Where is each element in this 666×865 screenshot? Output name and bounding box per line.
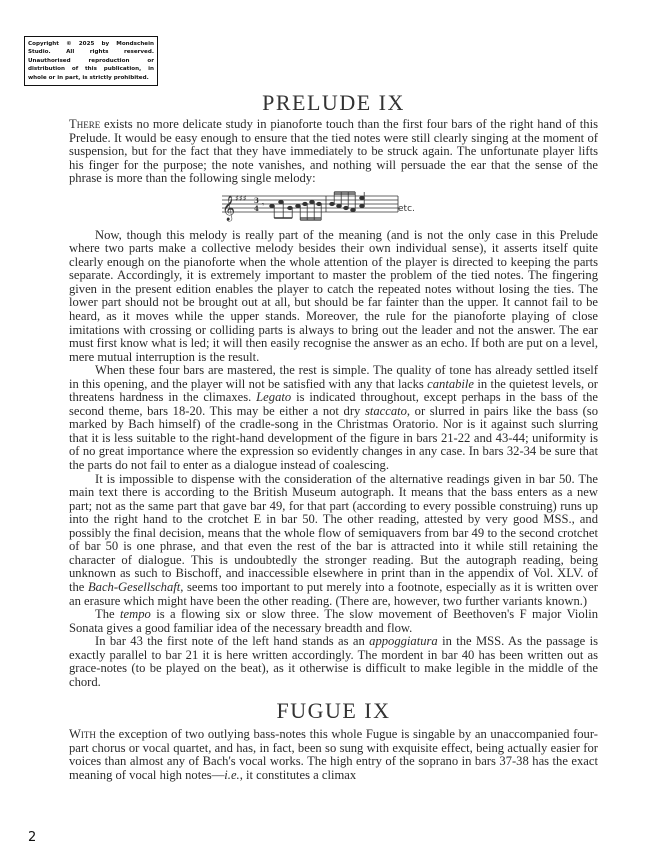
italic-term: Bach-Gesellschaft (88, 580, 180, 594)
drop-lead-word: With (69, 727, 96, 741)
paragraph-text: It is impossible to dispense with the co… (69, 472, 598, 594)
italic-term: staccato (365, 404, 407, 418)
paragraph-text: , it constitutes a climax (240, 768, 356, 782)
paragraph-text: Now, though this melody is really part o… (69, 228, 598, 364)
paragraph-text: The (95, 607, 120, 621)
text-column: PRELUDE IX There exists no more delicate… (69, 90, 598, 783)
italic-term: i.e. (224, 768, 239, 782)
italic-term: Legato (256, 390, 291, 404)
prelude-paragraph: The tempo is a flowing six or slow three… (69, 608, 598, 635)
italic-term: tempo (120, 607, 151, 621)
italic-term: cantabile (427, 377, 474, 391)
music-etc-label: etc. (398, 203, 415, 217)
music-staff-icon: 𝄞 ♯♯♯ 3 4 𝄾 (220, 188, 400, 228)
prelude-paragraph: When these four bars are mastered, the r… (69, 364, 598, 472)
italic-term: appoggiatura (369, 634, 438, 648)
page-number: 2 (28, 830, 36, 845)
prelude-paragraph: Now, though this melody is really part o… (69, 229, 598, 364)
prelude-paragraph: It is impossible to dispense with the co… (69, 473, 598, 608)
prelude-paragraph: In bar 43 the first note of the left han… (69, 635, 598, 689)
svg-text:𝄞: 𝄞 (222, 195, 235, 221)
prelude-intro-paragraph: There exists no more delicate study in p… (69, 118, 598, 186)
fugue-intro-paragraph: With the exception of two outlying bass-… (69, 728, 598, 782)
fugue-title: FUGUE IX (69, 698, 598, 724)
prelude-title: PRELUDE IX (69, 90, 598, 116)
paragraph-text: In bar 43 the first note of the left han… (95, 634, 369, 648)
copyright-notice: Copyright © 2025 by Mondschein Studio. A… (24, 36, 158, 86)
paragraph-text: exists no more delicate study in pianofo… (69, 117, 598, 185)
svg-text:𝄾: 𝄾 (262, 200, 264, 209)
svg-text:4: 4 (254, 204, 259, 213)
svg-text:♯♯♯: ♯♯♯ (235, 194, 247, 203)
music-example: 𝄞 ♯♯♯ 3 4 𝄾 (69, 188, 598, 228)
drop-lead-word: There (69, 117, 100, 131)
prelude-paragraphs: Now, though this melody is really part o… (69, 229, 598, 690)
